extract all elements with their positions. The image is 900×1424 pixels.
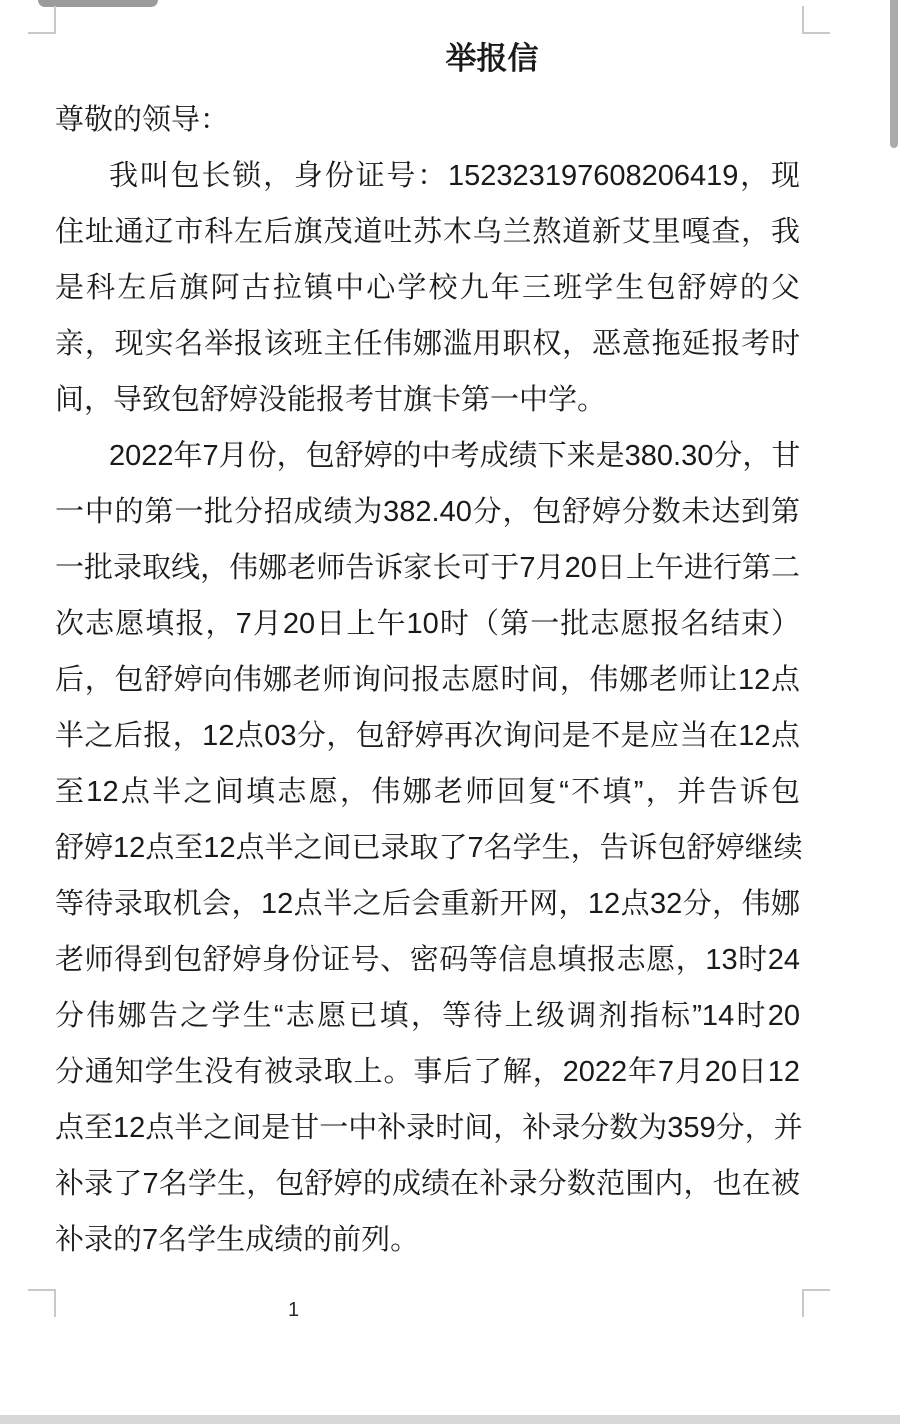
text-line: 等待录取机会，12点半之后会重新开网，12点32分，伟娜 — [55, 876, 800, 932]
document-page: 举报信 尊敬的领导： 我叫包长锁，身份证号：152323197608206419… — [0, 0, 900, 1424]
margin-mark-bottom-left-icon — [28, 1289, 56, 1317]
page-gap-divider — [0, 1415, 900, 1424]
text-line: 后，包舒婷向伟娜老师询问报志愿时间，伟娜老师让12点 — [55, 652, 800, 708]
page-number: 1 — [288, 1298, 299, 1322]
paragraph: 我叫包长锁，身份证号：152323197608206419，现 住址通辽市科左后… — [55, 148, 800, 428]
salutation-line: 尊敬的领导： — [55, 92, 800, 148]
letter-body: 尊敬的领导： 我叫包长锁，身份证号：152323197608206419，现 住… — [55, 92, 800, 1268]
text-line: 亲，现实名举报该班主任伟娜滥用职权，恶意拖延报考时 — [55, 316, 800, 372]
text-line: 半之后报，12点03分，包舒婷再次询问是不是应当在12点 — [55, 708, 800, 764]
text-line: 舒婷12点至12点半之间已录取了7名学生，告诉包舒婷继续 — [55, 820, 800, 876]
letter-title: 举报信 — [0, 34, 900, 84]
paragraph: 2022年7月份，包舒婷的中考成绩下来是380.30分，甘 一中的第一批分招成绩… — [55, 428, 800, 1268]
text-line: 分伟娜告之学生“志愿已填，等待上级调剂指标”14时20 — [55, 988, 800, 1044]
text-line: 我叫包长锁，身份证号：152323197608206419，现 — [55, 148, 800, 204]
margin-mark-bottom-right-icon — [802, 1289, 830, 1317]
text-line: 一批录取线，伟娜老师告诉家长可于7月20日上午进行第二 — [55, 540, 800, 596]
margin-mark-top-left-icon — [28, 6, 56, 34]
margin-mark-top-right-icon — [802, 6, 830, 34]
text-line: 补录了7名学生，包舒婷的成绩在补录分数范围内，也在被 — [55, 1156, 800, 1212]
text-line: 补录的7名学生成绩的前列。 — [55, 1212, 800, 1268]
text-line: 老师得到包舒婷身份证号、密码等信息填报志愿，13时24 — [55, 932, 800, 988]
text-line: 点至12点半之间是甘一中补录时间，补录分数为359分，并 — [55, 1100, 800, 1156]
text-line: 一中的第一批分招成绩为382.40分，包舒婷分数未达到第 — [55, 484, 800, 540]
text-line: 住址通辽市科左后旗茂道吐苏木乌兰熬道新艾里嘎查，我 — [55, 204, 800, 260]
text-line: 是科左后旗阿古拉镇中心学校九年三班学生包舒婷的父 — [55, 260, 800, 316]
text-line: 间，导致包舒婷没能报考甘旗卡第一中学。 — [55, 372, 800, 428]
text-line: 至12点半之间填志愿，伟娜老师回复“不填”，并告诉包 — [55, 764, 800, 820]
text-line: 次志愿填报，7月20日上午10时（第一批志愿报名结束） — [55, 596, 800, 652]
text-line: 分通知学生没有被录取上。事后了解，2022年7月20日12 — [55, 1044, 800, 1100]
page-scroll-tab — [38, 0, 158, 7]
text-line: 2022年7月份，包舒婷的中考成绩下来是380.30分，甘 — [55, 428, 800, 484]
